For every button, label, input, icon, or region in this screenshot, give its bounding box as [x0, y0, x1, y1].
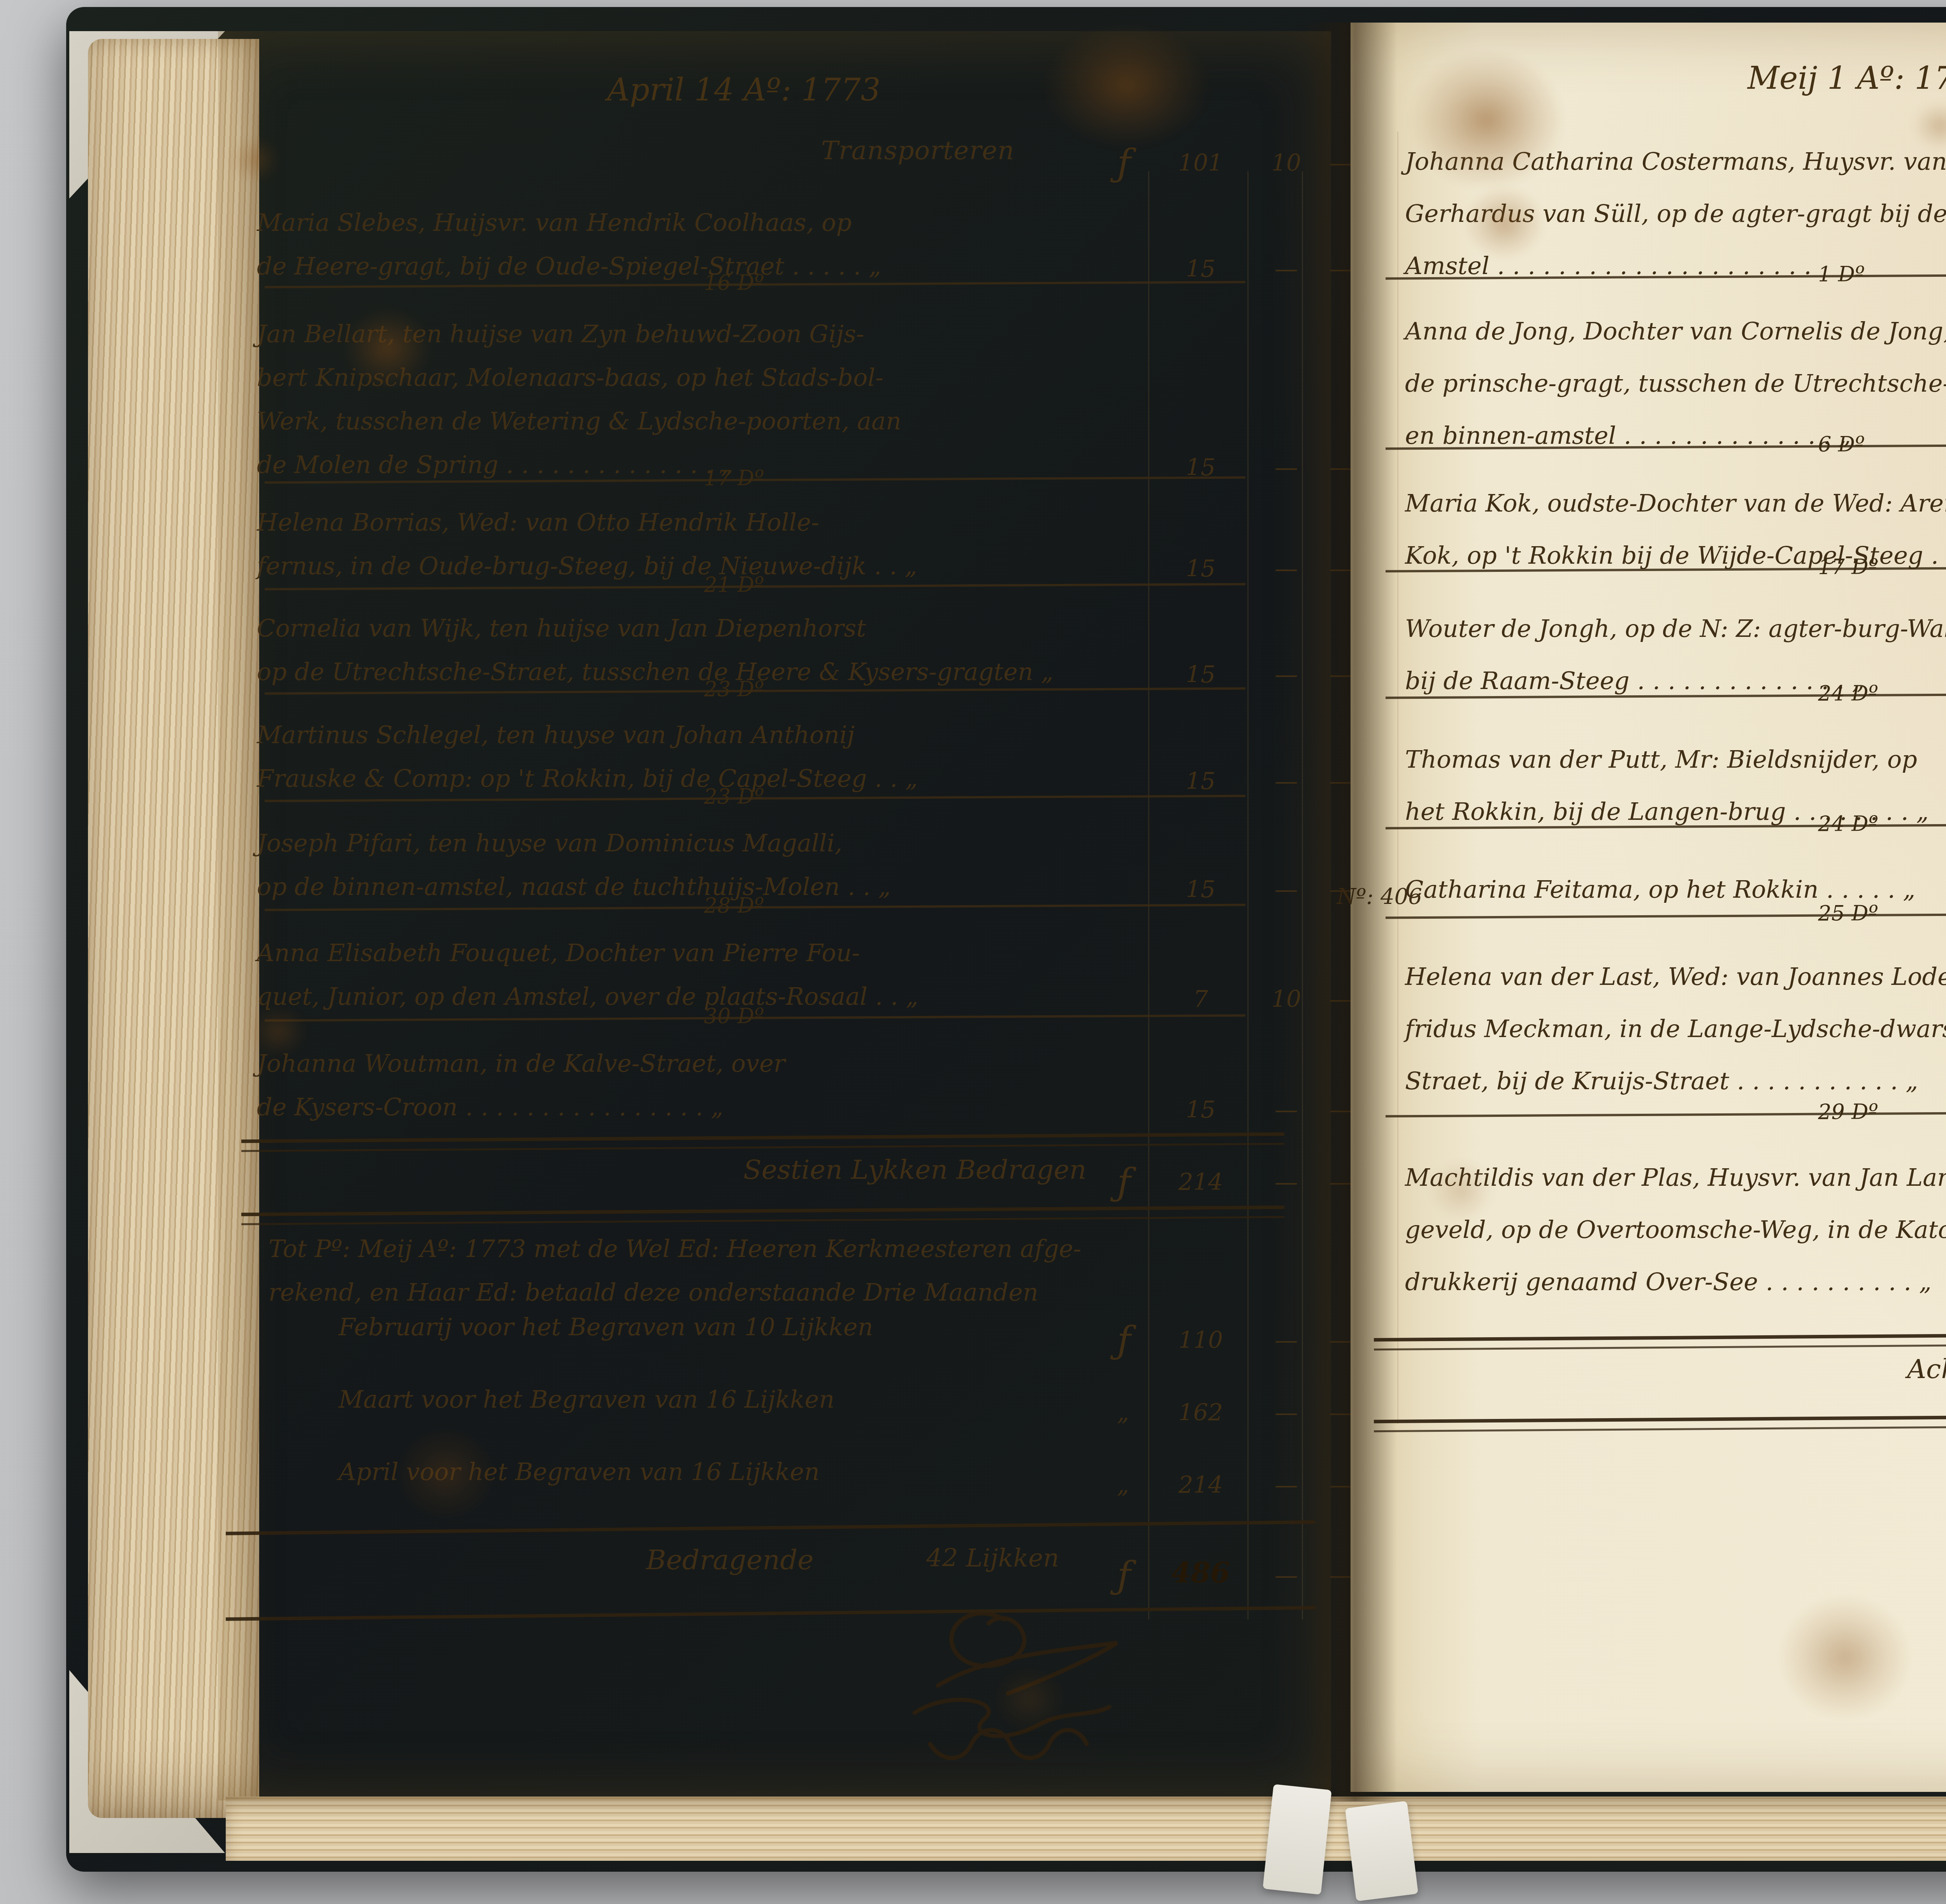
grand-total-count: 42 Lijkken [926, 1544, 1059, 1573]
month-label: Februarij voor het Begraven van 10 Lijkk… [339, 1313, 873, 1341]
entry-line: de prinsche-gragt, tusschen de Utrechtsc… [1405, 357, 1946, 410]
burial-entry: Helena van der Last, Wed: van Joannes Lo… [1405, 951, 1946, 1107]
subtotal-row: Acht Lijkken Bedragen ƒ 105 10 — [1405, 1354, 1946, 1405]
amount-guilders: 15 [1164, 876, 1238, 903]
entry-line: Wouter de Jongh, op de N: Z: agter-burg-… [1405, 603, 1946, 655]
stain [342, 308, 432, 389]
transport-row: Transporteren ƒ 101 10 — [257, 135, 1331, 182]
entry-line: Helena Borrias, Wed: van Otto Hendrik Ho… [257, 501, 1331, 544]
burial-entry: Cornelia van Wijk, ten huijse van Jan Di… [257, 607, 1331, 694]
settlement-note-line: Tot Pº: Meij Aº: 1773 met de Wel Ed: Hee… [269, 1227, 1343, 1271]
month-total-row: Maart voor het Begraven van 16 Lijkken „… [257, 1385, 1331, 1432]
grand-total-rule [226, 1520, 1315, 1535]
entry-line: Maria Kok, oudste-Dochter van de Wed: Ar… [1405, 477, 1946, 529]
burial-entry: Maria Slebes, Huijsvr. van Hendrik Coolh… [257, 201, 1331, 288]
photograph-backdrop: April 14 Aº: 1773 Transporteren ƒ 101 10… [0, 0, 1946, 1904]
florin-sign: ƒ [1117, 1318, 1131, 1362]
amount-guilders: 110 [1164, 1327, 1238, 1354]
total-rule [1374, 1413, 1946, 1432]
divider-day-label: 23 Dº [696, 677, 772, 701]
entry-line: Joseph Pifari, ten huyse van Dominicus M… [257, 821, 1331, 865]
divider-day-label: 24 Dº [1810, 811, 1886, 836]
divider-day-label: 21 Dº [696, 572, 772, 597]
book-gutter-shadow [1304, 23, 1397, 1802]
page-date-header: April 14 Aº: 1773 [607, 72, 880, 108]
entry-line: geveld, op de Overtoomsche-Weg, in de Ka… [1405, 1204, 1946, 1256]
burial-entry: Anna Elisabeth Fouquet, Dochter van Pier… [257, 931, 1331, 1018]
amount-guilders: 214 [1164, 1472, 1238, 1499]
amount-guilders: 101 [1164, 149, 1238, 177]
ditto-mark: „ [1117, 1472, 1129, 1499]
date-divider: 29 Dº [1386, 1110, 1946, 1118]
white-tape [1263, 1784, 1331, 1895]
page-date-header: Meij 1 Aº: 1773 [1748, 60, 1946, 96]
divider-day-label: 30 Dº [696, 1004, 772, 1028]
register-page-right: Meij 1 Aº: 1773 Johanna Catharina Coster… [1351, 23, 1946, 1792]
stain [1463, 186, 1545, 260]
month-label: Maart voor het Begraven van 16 Lijkken [339, 1385, 834, 1413]
divider-day-label: 25 Dº [1810, 901, 1886, 926]
divider-day-label: 17 Dº [696, 466, 772, 491]
divider-day-label: 6 Dº [1810, 432, 1873, 457]
stain [1043, 23, 1210, 148]
transport-label: Transporteren [821, 135, 1015, 165]
register-page-left: April 14 Aº: 1773 Transporteren ƒ 101 10… [218, 31, 1331, 1800]
stain [230, 136, 280, 183]
amount-guilders: 162 [1164, 1399, 1238, 1426]
amount-guilders: 486 [1164, 1556, 1238, 1589]
settlement-note-line: rekend, en Haar Ed: betaald deze onderst… [269, 1271, 1343, 1314]
entry-line: drukkerij genaamd Over-See . . . . . . .… [1405, 1256, 1946, 1308]
total-rule [241, 1206, 1284, 1225]
stain [1409, 50, 1565, 190]
entry-line: Anna Elisabeth Fouquet, Dochter van Pier… [257, 931, 1331, 975]
divider-day-label: 28 Dº [696, 893, 772, 918]
subtotal-label: Sestien Lykken Bedragen [743, 1155, 1086, 1185]
grand-total-label: Bedragende [646, 1544, 813, 1576]
entry-line: fridus Meckman, in de Lange-Lydsche-dwar… [1405, 1003, 1946, 1055]
divider-day-label: 1 Dº [1810, 262, 1873, 287]
amount-guilders: 214 [1164, 1169, 1238, 1196]
white-tape [1345, 1801, 1418, 1901]
burial-entry: Johanna Woutman, in de Kalve-Straet, ove… [257, 1042, 1331, 1129]
burial-entry: Joseph Pifari, ten huyse van Dominicus M… [257, 821, 1331, 909]
divider-day-label: 23 Dº [696, 784, 772, 809]
total-rule [1374, 1331, 1946, 1350]
entry-line: Johanna Woutman, in de Kalve-Straet, ove… [257, 1042, 1331, 1085]
entry-line: Maria Slebes, Huijsvr. van Hendrik Coolh… [257, 201, 1331, 244]
divider-day-label: 16 Dº [696, 270, 772, 295]
entry-line: Martinus Schlegel, ten huyse van Johan A… [257, 713, 1331, 757]
stain [992, 1666, 1066, 1732]
subtotal-row: Sestien Lykken Bedragen ƒ 214 — — [257, 1155, 1331, 1201]
entry-line: Thomas van der Putt, Mr: Bieldsnijder, o… [1405, 733, 1946, 786]
stain [249, 1004, 307, 1059]
page-stack-bottom-edge [226, 1797, 1946, 1861]
ditto-mark: „ [1117, 1399, 1129, 1426]
entry-line: Helena van der Last, Wed: van Joannes Lo… [1405, 951, 1946, 1003]
entry-line: Anna de Jong, Dochter van Cornelis de Jo… [1405, 305, 1946, 357]
florin-sign: ƒ [1117, 1160, 1131, 1204]
burial-entry: Helena Borrias, Wed: van Otto Hendrik Ho… [257, 501, 1331, 588]
stain [393, 1425, 498, 1522]
total-rule [241, 1132, 1284, 1152]
amount-guilders: 15 [1164, 661, 1238, 688]
month-total-row: Februarij voor het Begraven van 10 Lijkk… [257, 1313, 1331, 1359]
divider-day-label: 17 Dº [1810, 554, 1886, 579]
amount-guilders: 15 [1164, 555, 1238, 582]
amount-guilders: 15 [1164, 768, 1238, 795]
entry-line: Werk, tusschen de Wetering & Lydsche-poo… [257, 399, 1331, 443]
grand-total-row: Bedragende 42 Lijkken ƒ 486 — — [257, 1544, 1331, 1595]
stain [1428, 1159, 1495, 1222]
burial-entry: Martinus Schlegel, ten huyse van Johan A… [257, 713, 1331, 800]
divider-day-label: 24 Dº [1810, 681, 1886, 706]
amount-guilders: 7 [1164, 986, 1238, 1013]
subtotal-label: Acht Lijkken Bedragen [1907, 1354, 1946, 1385]
amount-guilders: 15 [1164, 1096, 1238, 1123]
stain [1779, 1595, 1911, 1720]
entry-line: Cornelia van Wijk, ten huijse van Jan Di… [257, 607, 1331, 650]
divider-day-label: 29 Dº [1810, 1099, 1886, 1124]
florin-sign: ƒ [1117, 1553, 1131, 1597]
amount-guilders: 15 [1164, 255, 1238, 283]
column-rule [1397, 132, 1398, 1424]
